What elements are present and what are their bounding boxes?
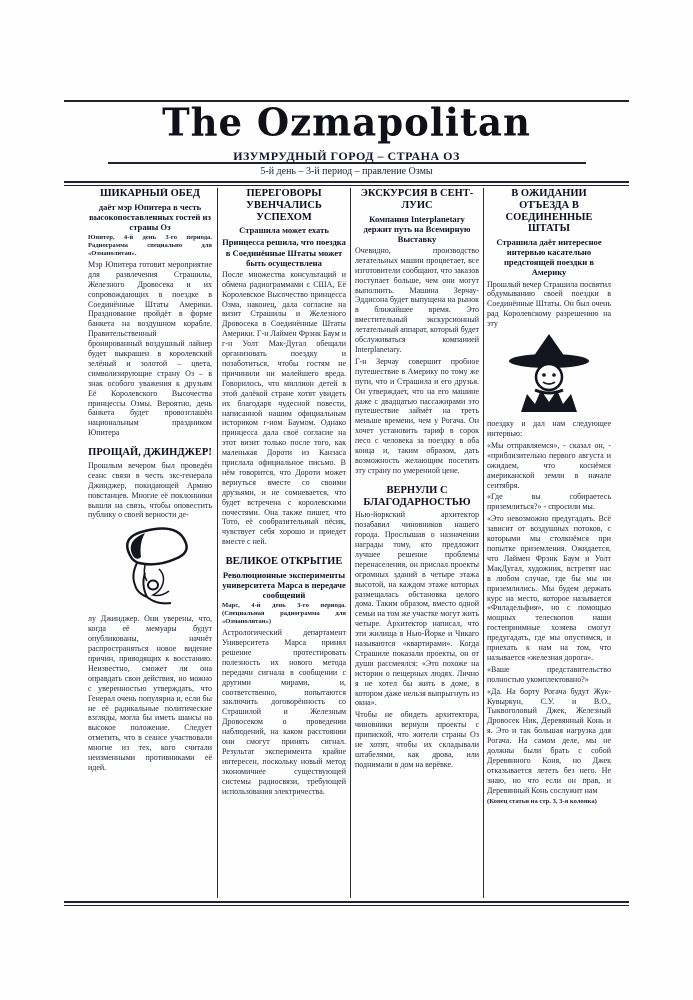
- column-4: В ОЖИДАНИИ ОТЪЕЗДА В СОЕДИНЕННЫЕ ШТАТЫ С…: [487, 188, 611, 900]
- article-returned-body-2: Чтобы не обидеть архитектора, чиновники …: [355, 710, 479, 769]
- article-departure-quote-3: «Да. На борту Рогача будут Жук-Кувыркун,…: [487, 687, 611, 796]
- column-3: ЭКСКУРСИЯ В СЕНТ-ЛУИС Компания Interplan…: [355, 188, 479, 900]
- footer-double-rule-thin: [64, 905, 629, 906]
- jinjur-portrait-drawing: [101, 523, 199, 611]
- article-returned-body-1: Нью-йоркский архитектор позабавил чиновн…: [355, 510, 479, 708]
- subtitle-rule: [108, 162, 586, 164]
- article-discovery-headline: ВЕЛИКОЕ ОТКРЫТИЕ: [222, 556, 346, 568]
- article-stlouis-headline: ЭКСКУРСИЯ В СЕНТ-ЛУИС: [355, 188, 479, 212]
- article-departure-body-2: поездку и дал нам следующее интервью:: [487, 419, 611, 439]
- article-negotiations-subhead-2: Принцесса решила, что поездка в Соединён…: [222, 237, 346, 267]
- column-2: ПЕРЕГОВОРЫ УВЕНЧАЛИСЬ УСПЕХОМ Страшила м…: [222, 188, 346, 900]
- column-separator-3: [483, 188, 484, 898]
- scarecrow-drawing: [501, 332, 597, 416]
- article-banquet-headline: ШИКАРНЫЙ ОБЕД: [88, 188, 212, 200]
- article-discovery-body: Астрологический департамент Университета…: [222, 628, 346, 796]
- edition-dateline: 5-й день – 3-й период – правление Озмы: [0, 166, 693, 177]
- header-double-rule-thick: [64, 181, 629, 183]
- article-departure-headline: В ОЖИДАНИИ ОТЪЕЗДА В СОЕДИНЕННЫЕ ШТАТЫ: [487, 188, 611, 235]
- article-stlouis-body-1: Очевидно, производство летательных машин…: [355, 246, 479, 355]
- column-separator-1: [217, 188, 218, 898]
- article-departure-subhead: Страшила даёт интересное интервью касате…: [487, 237, 611, 278]
- article-returned-headline: ВЕРНУЛИ С БЛАГОДАРНОСТЬЮ: [355, 485, 479, 509]
- article-banquet-body: Мэр Юпитера готовит мероприятие для разв…: [88, 260, 212, 438]
- article-jinjur-body-1: Прошлым вечером был проведён сеанс связи…: [88, 461, 212, 520]
- column-1: ШИКАРНЫЙ ОБЕД даёт мэр Юпитера в честь в…: [88, 188, 212, 900]
- article-stlouis-body-2: Г-н Зерчау совершит пробное путешествие …: [355, 357, 479, 476]
- article-banquet-subhead: даёт мэр Юпитера в честь высокопоставлен…: [88, 202, 212, 232]
- article-jinjur-body-2: лу Джинджер. Они уверены, что, когда её …: [88, 614, 212, 773]
- scarecrow-illustration: [487, 332, 611, 416]
- article-discovery-subhead: Революционные эксперименты университета …: [222, 570, 346, 600]
- article-discovery-dateline: Марс, 4-й день 3-го периода. (Специальна…: [222, 602, 346, 626]
- article-negotiations-headline: ПЕРЕГОВОРЫ УВЕНЧАЛИСЬ УСПЕХОМ: [222, 188, 346, 223]
- article-departure-quote-1: «Мы отправляемся», - сказал он, - «прибл…: [487, 441, 611, 491]
- article-continuation-note: (Конец статьи на стр. 3, 3-я колонка): [487, 798, 611, 806]
- footer-double-rule-thick: [64, 901, 629, 903]
- newspaper-title: The Ozmapolitan: [0, 101, 693, 143]
- article-departure-question-2: «Ваше представительство полностью укомпл…: [487, 665, 611, 685]
- article-negotiations-subhead-1: Страшила может ехать: [222, 225, 346, 235]
- column-separator-2: [350, 188, 351, 898]
- header-double-rule-thin: [64, 185, 629, 186]
- article-departure-quote-2: «Это невозможно предугадать. Всё зависит…: [487, 514, 611, 663]
- article-banquet-dateline: Юпитер, 4-й день 3-го периода. Радиограм…: [88, 234, 212, 258]
- article-stlouis-subhead: Компания Interplanetary держит путь на В…: [355, 214, 479, 244]
- article-departure-body-1: Прошлый вечер Страшила посвятил обдумыва…: [487, 280, 611, 330]
- article-negotiations-body: После множества консультаций и обмена ра…: [222, 270, 346, 547]
- article-departure-question-1: «Где вы собираетесь приземлиться?» - спр…: [487, 492, 611, 512]
- article-jinjur-headline: ПРОЩАЙ, ДЖИНДЖЕР!: [88, 447, 212, 459]
- jinjur-portrait-illustration: [88, 523, 212, 611]
- newspaper-page: The Ozmapolitan ИЗУМРУДНЫЙ ГОРОД – СТРАН…: [0, 0, 693, 1000]
